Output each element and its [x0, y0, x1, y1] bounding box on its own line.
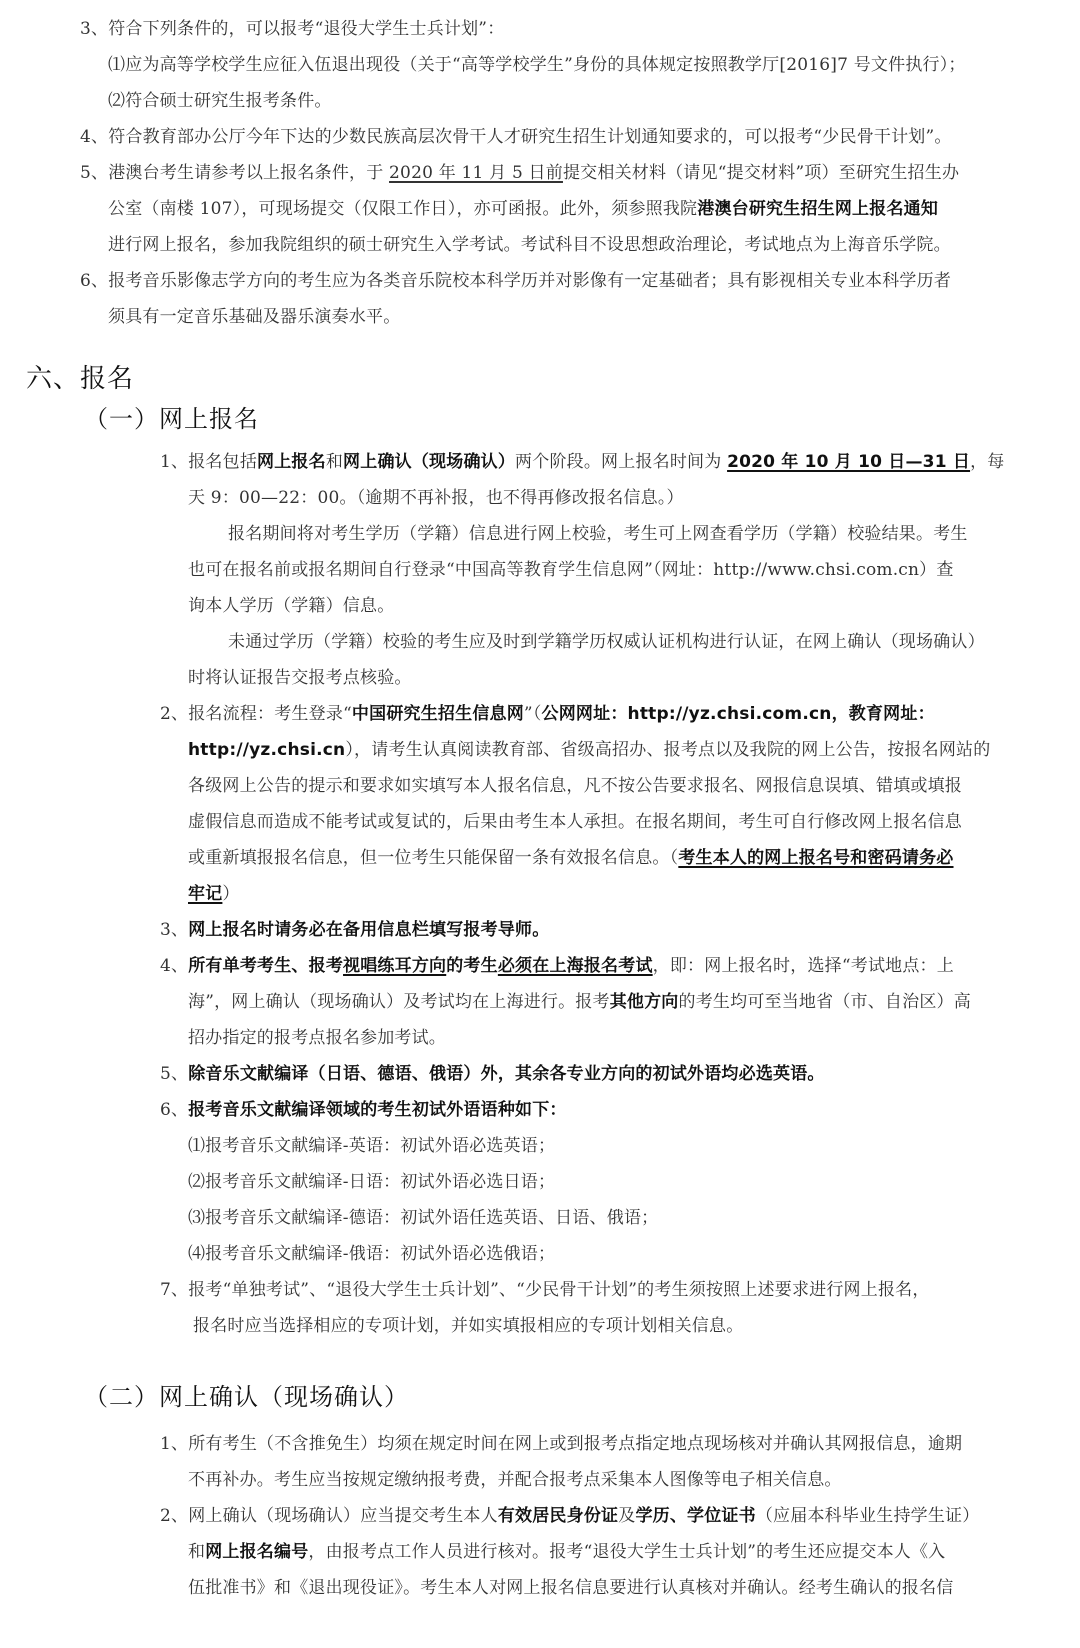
text-line: 天 9：00—22：00。（逾期不再补报，也不得再修改报名信息。） — [188, 486, 684, 510]
text-line: 牢记） — [188, 882, 240, 906]
text-run: 6、 — [160, 1100, 188, 1120]
text-run: 询本人学历（学籍）信息。 — [188, 596, 394, 616]
text-line: http://yz.chsi.cn），请考生认真阅读教育部、省级高招办、报考点以… — [188, 738, 990, 762]
bold-text: 网上报名编号 — [205, 1542, 308, 1562]
subsection-heading: （一）网上报名 — [84, 404, 259, 434]
text-run: 的考生均可至当地省（市、自治区）高 — [679, 992, 971, 1012]
text-run: 7、报考“单独考试”、“退役大学生士兵计划”、“少民骨干计划”的考生须按照上述要… — [160, 1280, 930, 1300]
text-line: 时将认证报告交报考点核验。 — [188, 666, 412, 690]
text-run: 两个阶段。网上报名时间为 — [515, 452, 727, 472]
text-run: 3、符合下列条件的，可以报考“退役大学生士兵计划”： — [80, 19, 504, 39]
text-line: 6、报考音乐影像志学方向的考生应为各类音乐院校本科学历并对影像有一定基础者；具有… — [80, 269, 951, 293]
bold-text: 其他方向 — [610, 992, 679, 1012]
text-run: 进行网上报名，参加我院组织的硕士研究生入学考试。考试科目不设思想政治理论，考试地… — [108, 235, 951, 255]
text-line: 2、报名流程：考生登录“中国研究生招生信息网”（公网网址：http://yz.c… — [160, 702, 935, 726]
text-run: 4、 — [160, 956, 188, 976]
text-line: 报名期间将对考生学历（学籍）信息进行网上校验，考生可上网查看学历（学籍）校验结果… — [228, 522, 968, 546]
text-line: 也可在报名前或报名期间自行登录“中国高等教育学生信息网”（网址：http://w… — [188, 558, 954, 582]
text-line: 报名时应当选择相应的专项计划，并如实填报相应的专项计划相关信息。 — [193, 1314, 743, 1338]
bold-text: 港澳台研究生招生网上报名通知 — [697, 199, 938, 219]
text-line: 海”，网上确认（现场确认）及考试均在上海进行。报考其他方向的考生均可至当地省（市… — [188, 990, 971, 1014]
text-run: ） — [222, 884, 239, 904]
text-line: 进行网上报名，参加我院组织的硕士研究生入学考试。考试科目不设思想政治理论，考试地… — [108, 233, 951, 257]
bold-text: 中国研究生招生信息网 — [352, 704, 524, 724]
text-run: 招办指定的报考点报名参加考试。 — [188, 1028, 446, 1048]
text-line: 各级网上公告的提示和要求如实填写本人报名信息，凡不按公告要求报名、网报信息误填、… — [188, 774, 962, 798]
text-run: ⑷报考音乐文献编译-俄语：初试外语必选俄语； — [188, 1244, 555, 1264]
section-heading: 六、报名 — [26, 363, 134, 395]
text-run: ”（ — [524, 704, 542, 724]
text-line: ⑵报考音乐文献编译-日语：初试外语必选日语； — [188, 1170, 555, 1194]
text-line: 虚假信息而造成不能考试或复试的，后果由考生本人承担。在报名期间，考生可自行修改网… — [188, 810, 962, 834]
text-run: 报名期间将对考生学历（学籍）信息进行网上校验，考生可上网查看学历（学籍）校验结果… — [228, 524, 968, 544]
bold-text: 的考生 — [446, 956, 498, 976]
text-run: 2、网上确认（现场确认）应当提交考生本人 — [160, 1506, 498, 1526]
text-line: 5、除音乐文献编译（日语、德语、俄语）外，其余各专业方向的初试外语均必选英语。 — [160, 1062, 825, 1086]
emphasized-text: 2020 年 10 月 10 日—31 日 — [727, 452, 970, 472]
text-run: 报名时应当选择相应的专项计划，并如实填报相应的专项计划相关信息。 — [193, 1316, 743, 1336]
text-run: 1、报名包括 — [160, 452, 257, 472]
text-line: 4、符合教育部办公厅今年下达的少数民族高层次骨干人才研究生招生计划通知要求的，可… — [80, 125, 952, 149]
text-run: ⑴报考音乐文献编译-英语：初试外语必选英语； — [188, 1136, 555, 1156]
text-run: 不再补办。考生应当按规定缴纳报考费，并配合报考点采集本人图像等电子相关信息。 — [188, 1470, 842, 1490]
text-run: 各级网上公告的提示和要求如实填写本人报名信息，凡不按公告要求报名、网报信息误填、… — [188, 776, 962, 796]
text-line: 3、符合下列条件的，可以报考“退役大学生士兵计划”： — [80, 17, 504, 41]
bold-text: 所有单考考生、报考 — [188, 956, 343, 976]
text-line: 和网上报名编号，由报考点工作人员进行核对。报考“退役大学生士兵计划”的考生还应提… — [188, 1540, 945, 1564]
text-line: 伍批准书》和《退出现役证》。考生本人对网上报名信息要进行认真核对并确认。经考生确… — [188, 1576, 954, 1600]
text-line: 须具有一定音乐基础及器乐演奏水平。 — [108, 305, 400, 329]
text-line: 1、报名包括网上报名和网上确认（现场确认）两个阶段。网上报名时间为 2020 年… — [160, 450, 1004, 474]
bold-text: 网上确认（现场确认） — [343, 452, 515, 472]
emphasized-text: 2020 年 11 月 5 日前 — [389, 163, 563, 183]
text-run: 5、 — [160, 1064, 188, 1084]
text-line: 招办指定的报考点报名参加考试。 — [188, 1026, 446, 1050]
text-run: 虚假信息而造成不能考试或复试的，后果由考生本人承担。在报名期间，考生可自行修改网… — [188, 812, 962, 832]
text-line: 6、报考音乐文献编译领域的考生初试外语语种如下： — [160, 1098, 567, 1122]
text-run: ⑵报考音乐文献编译-日语：初试外语必选日语； — [188, 1172, 555, 1192]
text-run: ⑶报考音乐文献编译-德语：初试外语任选英语、日语、俄语； — [188, 1208, 658, 1228]
emphasized-text: 必须在上海报名考试 — [498, 956, 653, 976]
bold-text: 网上报名 — [257, 452, 326, 472]
text-run: 6、报考音乐影像志学方向的考生应为各类音乐院校本科学历并对影像有一定基础者；具有… — [80, 271, 951, 291]
text-line: 未通过学历（学籍）校验的考生应及时到学籍学历权威认证机构进行认证，在网上确认（现… — [228, 630, 985, 654]
text-run: 5、港澳台考生请参考以上报名条件，于 — [80, 163, 389, 183]
subsection-heading: （二）网上确认（现场确认） — [84, 1382, 409, 1412]
bold-text: 报考音乐文献编译领域的考生初试外语语种如下： — [188, 1100, 566, 1120]
text-line: 询本人学历（学籍）信息。 — [188, 594, 394, 618]
text-line: 3、网上报名时请务必在备用信息栏填写报考导师。 — [160, 918, 549, 942]
text-run: 天 9：00—22：00。（逾期不再补报，也不得再修改报名信息。） — [188, 488, 684, 508]
text-run: 4、符合教育部办公厅今年下达的少数民族高层次骨干人才研究生招生计划通知要求的，可… — [80, 127, 952, 147]
emphasized-text: 考生本人的网上报名号和密码请务必 — [678, 848, 953, 868]
emphasized-text: 牢记 — [188, 884, 222, 904]
text-run: ，由报考点工作人员进行核对。报考“退役大学生士兵计划”的考生还应提交本人《入 — [308, 1542, 945, 1562]
text-run: 公室（南楼 107），可现场提交（仅限工作日），亦可函报。此外，须参照我院 — [108, 199, 697, 219]
text-line: 不再补办。考生应当按规定缴纳报考费，并配合报考点采集本人图像等电子相关信息。 — [188, 1468, 842, 1492]
text-line: ⑷报考音乐文献编译-俄语：初试外语必选俄语； — [188, 1242, 555, 1266]
text-run: ），请考生认真阅读教育部、省级高招办、报考点以及我院的网上公告，按报名网站的 — [345, 740, 990, 760]
bold-text: 公网网址：http://yz.chsi.com.cn，教育网址： — [542, 704, 935, 724]
text-run: 也可在报名前或报名期间自行登录“中国高等教育学生信息网”（网址：http://w… — [188, 560, 954, 580]
text-run: 时将认证报告交报考点核验。 — [188, 668, 412, 688]
text-line: 7、报考“单独考试”、“退役大学生士兵计划”、“少民骨干计划”的考生须按照上述要… — [160, 1278, 930, 1302]
text-run: 1、所有考生（不含推免生）均须在规定时间在网上或到报考点指定地点现场核对并确认其… — [160, 1434, 962, 1454]
text-run: ，即：网上报名时，选择“考试地点：上 — [653, 956, 954, 976]
bold-text: 学历、学位证书 — [635, 1506, 755, 1526]
text-line: 或重新填报报名信息，但一位考生只能保留一条有效报名信息。（考生本人的网上报名号和… — [188, 846, 954, 870]
text-run: 海”，网上确认（现场确认）及考试均在上海进行。报考 — [188, 992, 610, 1012]
bold-text: 除音乐文献编译（日语、德语、俄语）外，其余各专业方向的初试外语均必选英语。 — [188, 1064, 824, 1084]
text-run: 提交相关材料（请见“提交材料”项）至研究生招生办 — [563, 163, 959, 183]
text-run: 伍批准书》和《退出现役证》。考生本人对网上报名信息要进行认真核对并确认。经考生确… — [188, 1578, 954, 1598]
text-run: （应届本科毕业生持学生证） — [756, 1506, 980, 1526]
text-line: ⑵符合硕士研究生报考条件。 — [108, 89, 332, 113]
text-line: ⑶报考音乐文献编译-德语：初试外语任选英语、日语、俄语； — [188, 1206, 658, 1230]
text-run: 或重新填报报名信息，但一位考生只能保留一条有效报名信息。（ — [188, 848, 678, 868]
text-run: 须具有一定音乐基础及器乐演奏水平。 — [108, 307, 400, 327]
text-line: 1、所有考生（不含推免生）均须在规定时间在网上或到报考点指定地点现场核对并确认其… — [160, 1432, 962, 1456]
text-run: 及 — [618, 1506, 635, 1526]
bold-text: http://yz.chsi.cn — [188, 740, 345, 760]
text-run: ，每 — [970, 452, 1004, 472]
text-run: 和 — [326, 452, 343, 472]
text-line: 公室（南楼 107），可现场提交（仅限工作日），亦可函报。此外，须参照我院港澳台… — [108, 197, 938, 221]
text-run: ⑴应为高等学校学生应征入伍退出现役（关于“高等学校学生”身份的具体规定按照教学厅… — [108, 55, 966, 75]
text-run: ⑵符合硕士研究生报考条件。 — [108, 91, 332, 111]
text-line: ⑴应为高等学校学生应征入伍退出现役（关于“高等学校学生”身份的具体规定按照教学厅… — [108, 53, 966, 77]
text-line: 2、网上确认（现场确认）应当提交考生本人有效居民身份证及学历、学位证书（应届本科… — [160, 1504, 979, 1528]
text-run: 3、 — [160, 920, 188, 940]
bold-text: 有效居民身份证 — [498, 1506, 618, 1526]
text-line: ⑴报考音乐文献编译-英语：初试外语必选英语； — [188, 1134, 555, 1158]
text-run: 和 — [188, 1542, 205, 1562]
emphasized-text: 视唱练耳方向 — [343, 956, 446, 976]
text-run: 2、报名流程：考生登录“ — [160, 704, 352, 724]
bold-text: 网上报名时请务必在备用信息栏填写报考导师。 — [188, 920, 549, 940]
text-line: 4、所有单考考生、报考视唱练耳方向的考生必须在上海报名考试，即：网上报名时，选择… — [160, 954, 954, 978]
text-line: 5、港澳台考生请参考以上报名条件，于 2020 年 11 月 5 日前提交相关材… — [80, 161, 959, 185]
text-run: 未通过学历（学籍）校验的考生应及时到学籍学历权威认证机构进行认证，在网上确认（现… — [228, 632, 985, 652]
